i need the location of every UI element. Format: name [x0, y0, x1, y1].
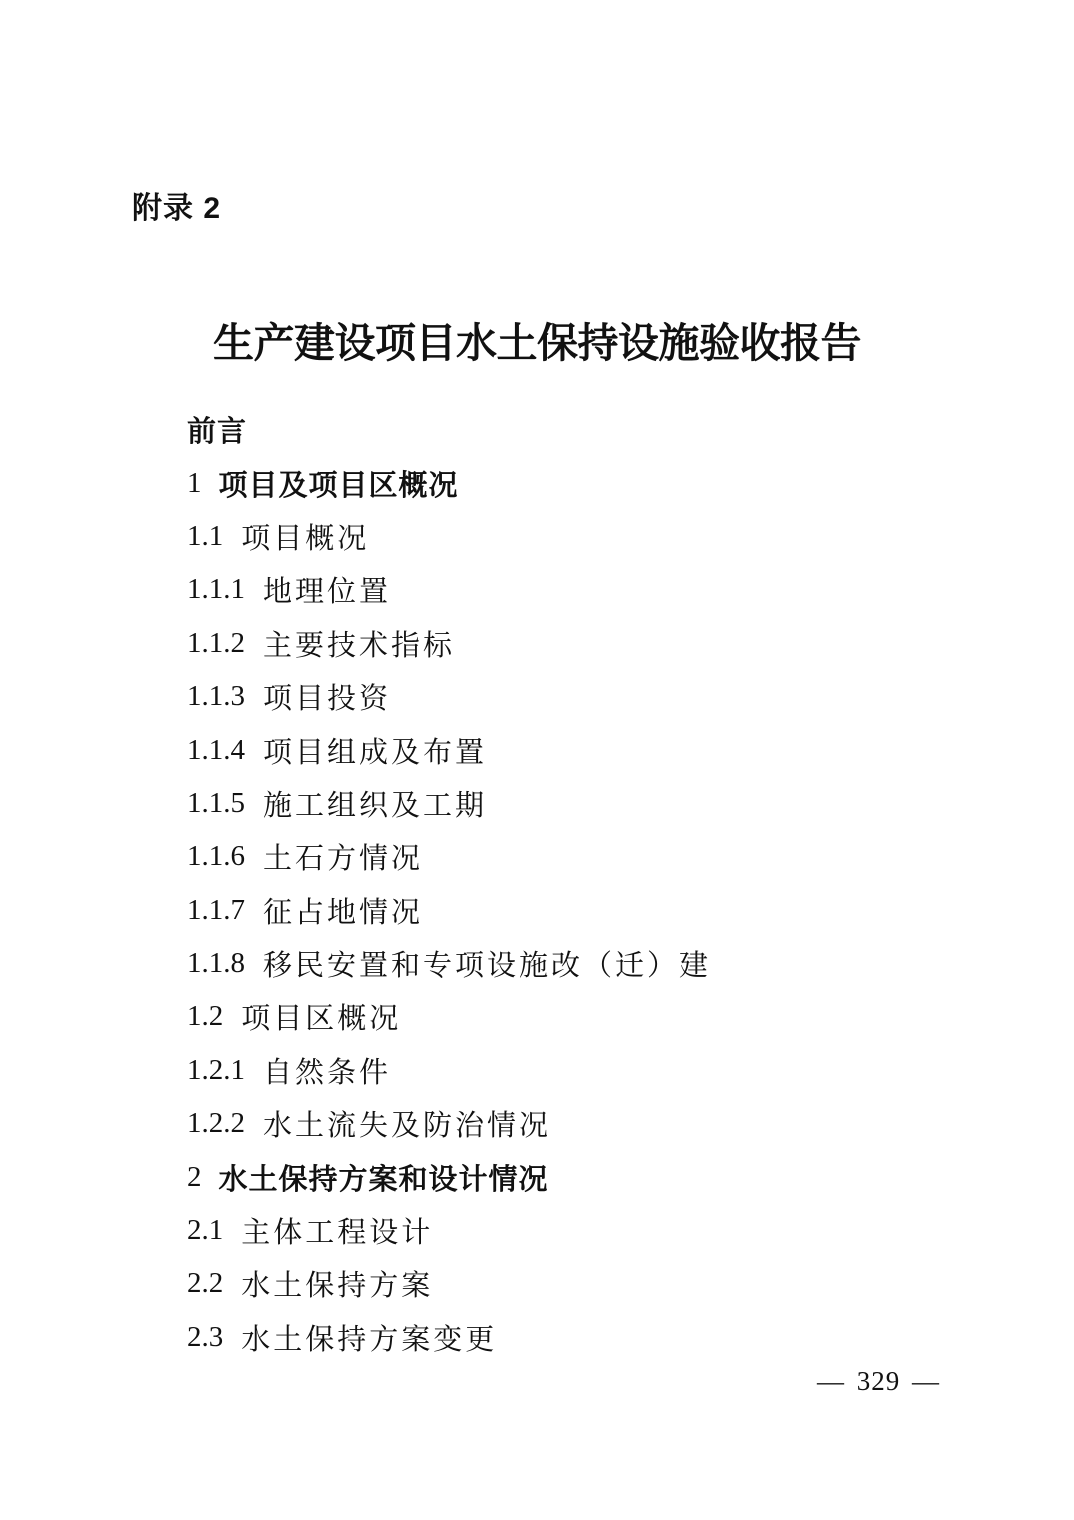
- toc-item-number: 1: [187, 467, 202, 500]
- toc-row: 1 项目及项目区概况: [187, 456, 711, 509]
- toc-item-label: 水土流失及防治情况: [263, 1103, 551, 1144]
- toc-row: 1.1.4 项目组成及布置: [187, 723, 711, 776]
- toc-item-label: 地理位置: [263, 569, 391, 610]
- document-title: 生产建设项目水土保持设施验收报告: [0, 319, 1074, 367]
- toc-item-label: 前言: [187, 409, 247, 450]
- toc-item-number: 1.1.2: [187, 627, 245, 660]
- toc-row: 1.1.1 地理位置: [187, 563, 711, 616]
- toc-item-label: 土石方情况: [263, 836, 423, 877]
- toc-row: 1.1.2 主要技术指标: [187, 617, 711, 670]
- toc-item-label: 主体工程设计: [241, 1210, 433, 1251]
- toc-row: 1.1.3 项目投资: [187, 670, 711, 723]
- toc-item-label: 项目投资: [263, 676, 391, 717]
- toc-row: 1.1 项目概况: [187, 510, 711, 563]
- toc-item-number: 1.1: [187, 520, 223, 553]
- toc-item-number: 1.2.2: [187, 1107, 245, 1140]
- toc-item-label: 移民安置和专项设施改（迁）建: [263, 943, 711, 984]
- document-page: 附录 2 生产建设项目水土保持设施验收报告 前言 1 项目及项目区概况 1.1 …: [0, 0, 1074, 1520]
- toc-item-number: 2: [187, 1161, 202, 1194]
- toc-item-number: 1.1.5: [187, 787, 245, 820]
- toc-item-label: 水土保持方案变更: [241, 1317, 497, 1358]
- appendix-label: 附录 2: [132, 193, 221, 225]
- toc-item-number: 1.1.4: [187, 734, 245, 767]
- toc-item-label: 施工组织及工期: [263, 783, 487, 824]
- toc-row-preface: 前言: [187, 403, 711, 456]
- toc-item-label: 项目组成及布置: [263, 730, 487, 771]
- toc-item-number: 1.1.6: [187, 840, 245, 873]
- toc-row: 1.2.2 水土流失及防治情况: [187, 1097, 711, 1150]
- toc-item-label: 项目概况: [241, 516, 369, 557]
- toc-item-number: 1.1.7: [187, 894, 245, 927]
- toc-item-number: 1.1.3: [187, 680, 245, 713]
- toc-item-label: 项目区概况: [241, 996, 401, 1037]
- toc-item-number: 2.2: [187, 1267, 223, 1300]
- toc-item-label: 主要技术指标: [263, 623, 455, 664]
- page-number: — 329 —: [817, 1366, 940, 1397]
- toc-item-label: 征占地情况: [263, 890, 423, 931]
- toc-item-label: 自然条件: [263, 1050, 391, 1091]
- table-of-contents: 前言 1 项目及项目区概况 1.1 项目概况 1.1.1 地理位置 1.1.2 …: [187, 403, 711, 1364]
- toc-item-label: 项目及项目区概况: [219, 463, 459, 504]
- toc-row: 1.2.1 自然条件: [187, 1044, 711, 1097]
- toc-row: 1.1.6 土石方情况: [187, 830, 711, 883]
- toc-row: 2.2 水土保持方案: [187, 1257, 711, 1310]
- toc-row: 1.1.8 移民安置和专项设施改（迁）建: [187, 937, 711, 990]
- toc-item-number: 2.3: [187, 1321, 223, 1354]
- toc-item-number: 2.1: [187, 1214, 223, 1247]
- toc-row: 1.1.7 征占地情况: [187, 884, 711, 937]
- toc-item-label: 水土保持方案: [241, 1263, 433, 1304]
- toc-row: 1.1.5 施工组织及工期: [187, 777, 711, 830]
- toc-item-number: 1.1.8: [187, 947, 245, 980]
- toc-item-number: 1.1.1: [187, 573, 245, 606]
- toc-item-number: 1.2.1: [187, 1054, 245, 1087]
- toc-row: 1.2 项目区概况: [187, 990, 711, 1043]
- toc-row: 2.1 主体工程设计: [187, 1204, 711, 1257]
- toc-item-label: 水土保持方案和设计情况: [219, 1157, 549, 1198]
- toc-row: 2 水土保持方案和设计情况: [187, 1150, 711, 1203]
- toc-row: 2.3 水土保持方案变更: [187, 1311, 711, 1364]
- toc-item-number: 1.2: [187, 1000, 223, 1033]
